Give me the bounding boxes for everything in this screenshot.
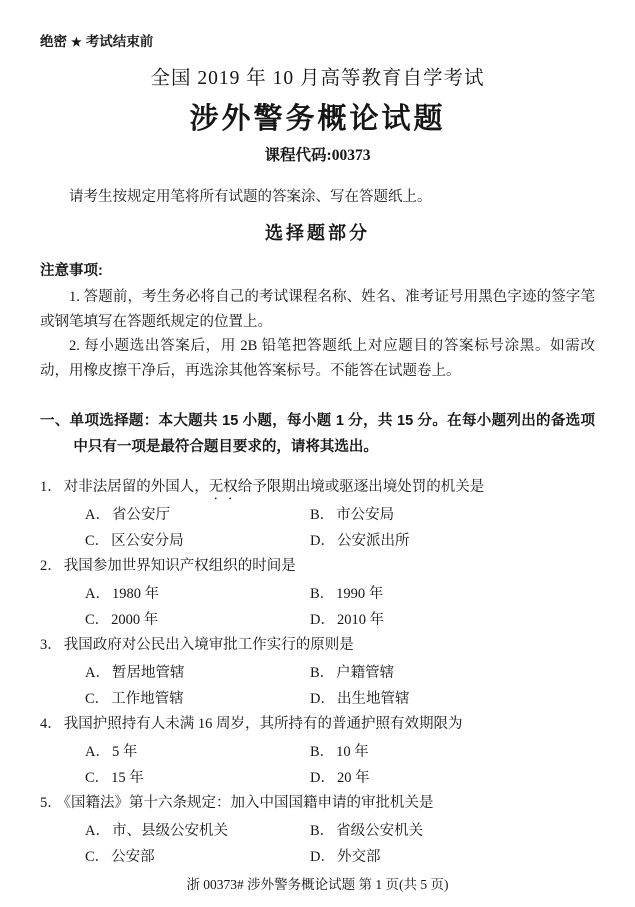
question-stem: 1．对非法居留的外国人，无权给予限期出境或驱逐出境处罚的机关是 (40, 475, 595, 503)
option: C．15 年 (85, 766, 310, 792)
classification-banner: 绝密★考试结束前 (40, 30, 595, 50)
part-one-heading: 一、单项选择题：本大题共 15 小题，每小题 1 分，共 15 分。在每小题列出… (40, 409, 595, 460)
option: A．1980 年 (85, 582, 310, 608)
question-options: A．1980 年B．1990 年C．2000 年D．2010 年 (40, 582, 595, 633)
star-icon: ★ (67, 35, 86, 49)
option: D．外交部 (310, 845, 595, 871)
answer-instruction: 请考生按规定用笔将所有试题的答案涂、写在答题纸上。 (40, 185, 595, 209)
option-text: 省公安厅 (112, 507, 170, 523)
option-label: A． (85, 665, 112, 681)
note-item-2: 2. 每小题选出答案后，用 2B 铅笔把答题纸上对应题目的答案标号涂黑。如需改动… (40, 334, 595, 383)
option-label: D． (310, 533, 337, 549)
option-text: 15 年 (111, 770, 144, 786)
option-text: 市、县级公安机关 (112, 823, 228, 839)
option: B．户籍管辖 (310, 661, 595, 687)
question-number: 3． (40, 637, 64, 653)
option-text: 1990 年 (336, 586, 383, 602)
exam-title: 涉外警务概论试题 (40, 96, 595, 137)
question: 1．对非法居留的外国人，无权给予限期出境或驱逐出境处罚的机关是 A．省公安厅B．… (40, 475, 595, 554)
option-label: C． (85, 612, 111, 628)
exam-session-title: 全国 2019 年 10 月高等教育自学考试 (40, 62, 595, 90)
option-text: 户籍管辖 (336, 665, 394, 681)
exam-paper-page: 绝密★考试结束前 全国 2019 年 10 月高等教育自学考试 涉外警务概论试题… (0, 0, 635, 907)
section-heading: 选择题部分 (40, 219, 595, 245)
question-text: 《国籍法》第十六条规定：加入中国国籍申请的审批机关是 (64, 795, 434, 811)
option: A．省公安厅 (85, 503, 310, 529)
question-text: 我国参加世界知识产权组织的时间是 (64, 558, 296, 574)
question-options: A．暂居地管辖B．户籍管辖C．工作地管辖D．出生地管辖 (40, 661, 595, 712)
option-label: D． (310, 691, 337, 707)
option-label: C． (85, 770, 111, 786)
option-label: D． (310, 849, 337, 865)
option-text: 20 年 (337, 770, 370, 786)
question-number: 4． (40, 716, 64, 732)
question: 2．我国参加世界知识产权组织的时间是 A．1980 年B．1990 年C．200… (40, 554, 595, 633)
option-label: B． (310, 507, 336, 523)
option-text: 省级公安机关 (336, 823, 423, 839)
option-text: 2000 年 (111, 612, 158, 628)
option-text: 外交部 (337, 849, 381, 865)
option: D．公安派出所 (310, 529, 595, 555)
question: 5．《国籍法》第十六条规定：加入中国国籍申请的审批机关是 A．市、县级公安机关B… (40, 791, 595, 870)
question-list: 1．对非法居留的外国人，无权给予限期出境或驱逐出境处罚的机关是 A．省公安厅B．… (40, 475, 595, 870)
option-text: 暂居地管辖 (112, 665, 185, 681)
classification-suffix: 考试结束前 (86, 34, 154, 49)
option-text: 1980 年 (112, 586, 159, 602)
option-text: 2010 年 (337, 612, 384, 628)
option: B．10 年 (310, 740, 595, 766)
option-label: A． (85, 586, 112, 602)
option-text: 出生地管辖 (337, 691, 410, 707)
option-label: C． (85, 849, 111, 865)
question-number: 5． (40, 795, 64, 811)
option: A．5 年 (85, 740, 310, 766)
question-stem: 5．《国籍法》第十六条规定：加入中国国籍申请的审批机关是 (40, 791, 595, 819)
question-number: 1． (40, 479, 64, 495)
option: D．20 年 (310, 766, 595, 792)
option-text: 公安部 (111, 849, 155, 865)
page-footer: 浙 00373# 涉外警务概论试题 第 1 页(共 5 页) (0, 873, 635, 893)
question-text: 我国政府对公民出入境审批工作实行的原则是 (64, 637, 354, 653)
option: D．出生地管辖 (310, 687, 595, 713)
option: B．1990 年 (310, 582, 595, 608)
course-code: 课程代码:00373 (40, 143, 595, 165)
question-text-continued: 给予限期出境或驱逐出境处罚的机关是 (238, 479, 485, 495)
option: B．省级公安机关 (310, 819, 595, 845)
question-text: 对非法居留的外国人， (64, 479, 209, 495)
option: C．公安部 (85, 845, 310, 871)
option-text: 工作地管辖 (111, 691, 184, 707)
question-options: A．市、县级公安机关B．省级公安机关C．公安部D．外交部 (40, 819, 595, 870)
option-label: C． (85, 533, 111, 549)
option-label: A． (85, 823, 112, 839)
option-label: B． (310, 744, 336, 760)
question-number: 2． (40, 558, 64, 574)
option-text: 10 年 (336, 744, 369, 760)
option: D．2010 年 (310, 608, 595, 634)
option-label: C． (85, 691, 111, 707)
option: A．市、县级公安机关 (85, 819, 310, 845)
option-label: A． (85, 507, 112, 523)
option: C．区公安分局 (85, 529, 310, 555)
option-label: D． (310, 612, 337, 628)
question-text: 我国护照持有人未满 16 周岁，其所持有的普通护照有效期限为 (64, 716, 463, 732)
question: 3．我国政府对公民出入境审批工作实行的原则是 A．暂居地管辖B．户籍管辖C．工作… (40, 633, 595, 712)
option: C．2000 年 (85, 608, 310, 634)
option-text: 公安派出所 (337, 533, 410, 549)
question-options: A．省公安厅B．市公安局C．区公安分局D．公安派出所 (40, 503, 595, 554)
option-text: 区公安分局 (111, 533, 184, 549)
question-text-emphasized: 无权 (209, 479, 238, 495)
option-label: D． (310, 770, 337, 786)
classification-level: 绝密 (40, 34, 67, 49)
question-stem: 4．我国护照持有人未满 16 周岁，其所持有的普通护照有效期限为 (40, 712, 595, 740)
option-label: B． (310, 586, 336, 602)
option: C．工作地管辖 (85, 687, 310, 713)
option-text: 5 年 (112, 744, 137, 760)
question-stem: 3．我国政府对公民出入境审批工作实行的原则是 (40, 633, 595, 661)
note-item-1: 1. 答题前，考生务必将自己的考试课程名称、姓名、准考证号用黑色字迹的签字笔或钢… (40, 285, 595, 334)
question-stem: 2．我国参加世界知识产权组织的时间是 (40, 554, 595, 582)
option-label: B． (310, 665, 336, 681)
notes-heading: 注意事项: (40, 259, 595, 283)
question-options: A．5 年B．10 年C．15 年D．20 年 (40, 740, 595, 791)
option: B．市公安局 (310, 503, 595, 529)
question: 4．我国护照持有人未满 16 周岁，其所持有的普通护照有效期限为 A．5 年B．… (40, 712, 595, 791)
option-text: 市公安局 (336, 507, 394, 523)
option-label: A． (85, 744, 112, 760)
option: A．暂居地管辖 (85, 661, 310, 687)
option-label: B． (310, 823, 336, 839)
